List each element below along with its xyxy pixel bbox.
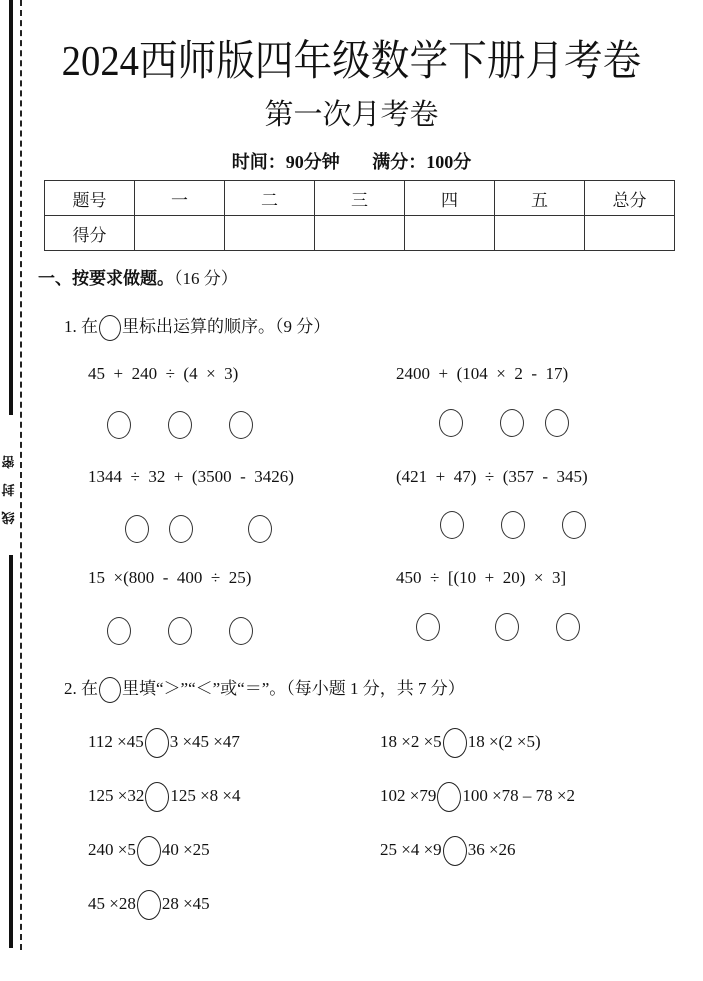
section-1-heading: 一、按要求做题。（16 分） — [38, 264, 238, 289]
score-cell[interactable] — [585, 216, 675, 251]
comparison-item: 18 ×2 ×518 ×(2 ×5) — [380, 728, 541, 758]
answer-circle[interactable] — [443, 836, 467, 866]
exam-subtitle: 第一次月考卷 — [0, 92, 703, 133]
table-cell: 一 — [135, 181, 225, 216]
answer-circle[interactable] — [229, 411, 253, 439]
comparison-item: 240 ×540 ×25 — [88, 836, 210, 866]
time-limit: 时间：90分钟 — [232, 152, 340, 172]
expression: 2400 + (104 × 2 - 17) — [396, 364, 568, 384]
answer-circle[interactable] — [137, 890, 161, 920]
score-cell[interactable] — [135, 216, 225, 251]
score-cell[interactable] — [495, 216, 585, 251]
comparison-item: 112 ×453 ×45 ×47 — [88, 728, 240, 758]
answer-circle[interactable] — [416, 613, 440, 641]
score-cell[interactable] — [225, 216, 315, 251]
table-cell: 得分 — [45, 216, 135, 251]
expression: (421 + 47) ÷ (357 - 345) — [396, 467, 588, 487]
answer-circle[interactable] — [107, 411, 131, 439]
table-cell: 题号 — [45, 181, 135, 216]
expression: 15 ×(800 - 400 ÷ 25) — [88, 568, 251, 588]
expression: 1344 ÷ 32 + (3500 - 3426) — [88, 467, 294, 487]
table-row-header: 题号 一 二 三 四 五 总分 — [45, 181, 675, 216]
answer-circle[interactable] — [440, 511, 464, 539]
question-1-prompt: 1. 在里标出运算的顺序。（9 分） — [64, 312, 330, 341]
answer-circle[interactable] — [168, 617, 192, 645]
question-2-prompt: 2. 在里填“＞”“＜”或“＝”。（每小题 1 分，共 7 分） — [64, 674, 465, 703]
answer-circle[interactable] — [443, 728, 467, 758]
answer-circle[interactable] — [556, 613, 580, 641]
table-cell: 三 — [315, 181, 405, 216]
comparison-item: 125 ×32125 ×8 ×4 — [88, 782, 241, 812]
expression: 450 ÷ [(10 + 20) × 3] — [396, 568, 566, 588]
answer-circle[interactable] — [168, 411, 192, 439]
answer-circle[interactable] — [169, 515, 193, 543]
answer-circle[interactable] — [439, 409, 463, 437]
answer-circle[interactable] — [437, 782, 461, 812]
answer-circle[interactable] — [145, 782, 169, 812]
score-cell[interactable] — [315, 216, 405, 251]
comparison-item: 102 ×79100 ×78 – 78 ×2 — [380, 782, 575, 812]
binding-bar-bottom — [9, 555, 13, 948]
full-score: 满分：100分 — [372, 152, 471, 172]
answer-circle[interactable] — [248, 515, 272, 543]
table-cell: 四 — [405, 181, 495, 216]
seal-line-label: 线 封 密 — [0, 446, 16, 530]
circle-icon — [99, 315, 121, 341]
comparison-item: 45 ×2828 ×45 — [88, 890, 210, 920]
circle-icon — [99, 677, 121, 703]
answer-circle[interactable] — [501, 511, 525, 539]
comparison-item: 25 ×4 ×936 ×26 — [380, 836, 516, 866]
table-row-score: 得分 — [45, 216, 675, 251]
answer-circle[interactable] — [545, 409, 569, 437]
answer-circle[interactable] — [107, 617, 131, 645]
answer-circle[interactable] — [145, 728, 169, 758]
expression: 45 + 240 ÷ (4 × 3) — [88, 364, 238, 384]
answer-circle[interactable] — [562, 511, 586, 539]
answer-circle[interactable] — [137, 836, 161, 866]
table-cell: 五 — [495, 181, 585, 216]
score-table: 题号 一 二 三 四 五 总分 得分 — [44, 180, 675, 251]
answer-circle[interactable] — [500, 409, 524, 437]
binding-bar-top — [9, 0, 13, 415]
table-cell: 总分 — [585, 181, 675, 216]
score-cell[interactable] — [405, 216, 495, 251]
answer-circle[interactable] — [125, 515, 149, 543]
answer-circle[interactable] — [229, 617, 253, 645]
answer-circle[interactable] — [495, 613, 519, 641]
exam-meta: 时间：90分钟 满分：100分 — [0, 148, 703, 174]
exam-title: 2024西师版四年级数学下册月考卷 — [28, 28, 675, 88]
table-cell: 二 — [225, 181, 315, 216]
binding-dashed-line — [20, 0, 22, 950]
